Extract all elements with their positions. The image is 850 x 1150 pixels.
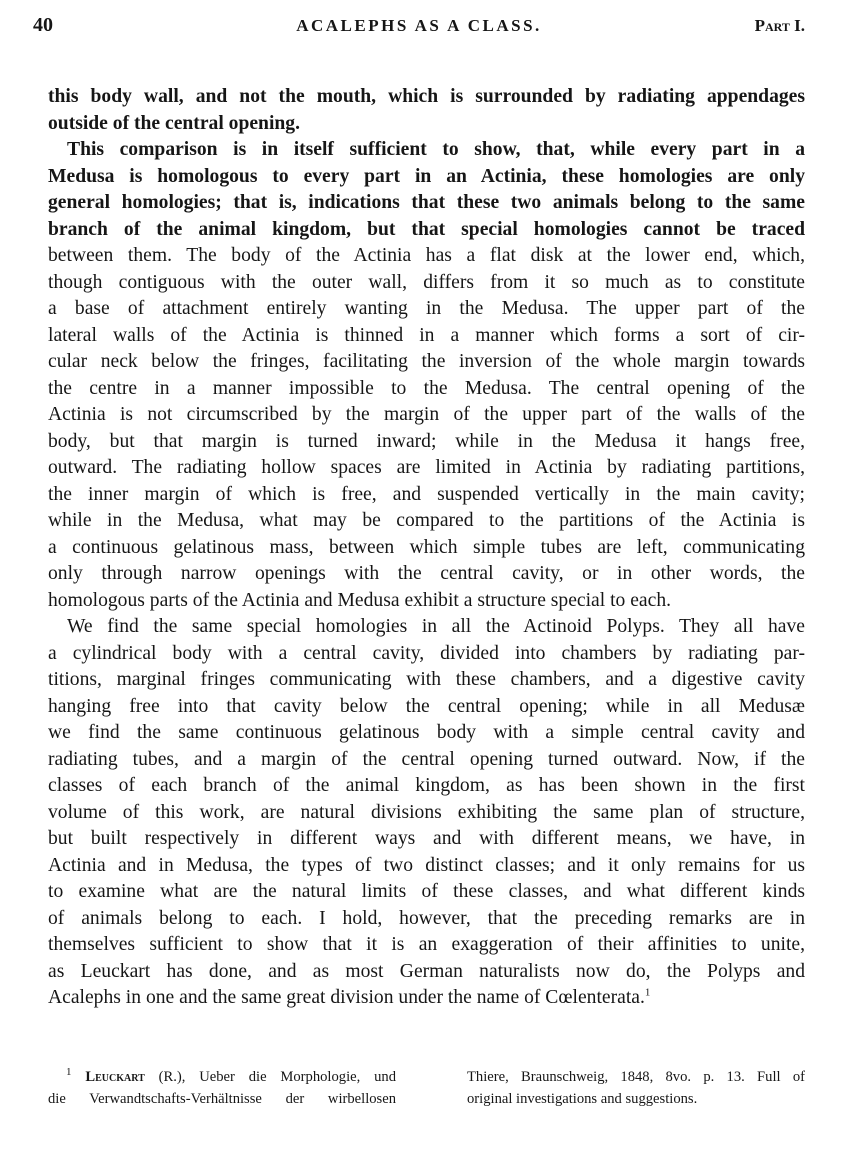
text-line: This comparison is in itself sufficient … bbox=[48, 137, 805, 164]
text-line: outward. The radiating hollow spaces are… bbox=[48, 455, 805, 482]
text-line-with-footnote: Acalephs in one and the same great divis… bbox=[48, 985, 805, 1012]
footnote-marker: 1 bbox=[66, 1066, 72, 1078]
body-text: this body wall, and not the mouth, which… bbox=[48, 84, 805, 1012]
text-line: hanging free into that cavity below the … bbox=[48, 694, 805, 721]
text-line: Medusa is homologous to every part in an… bbox=[48, 164, 805, 191]
text-line: general homologies; that is, indications… bbox=[48, 190, 805, 217]
text-line: Actinia is not circumscribed by the marg… bbox=[48, 402, 805, 429]
footnote-line: 1 Leuckart (R.), Ueber die Morphologie, … bbox=[48, 1066, 396, 1088]
text-line: lateral walls of the Actinia is thinned … bbox=[48, 323, 805, 350]
text-line: We find the same special homologies in a… bbox=[48, 614, 805, 641]
text-line: Acalephs in one and the same great divis… bbox=[48, 987, 645, 1008]
footnote-author: Leuckart bbox=[85, 1069, 144, 1085]
text-line: body, but that margin is turned inward; … bbox=[48, 429, 805, 456]
footnote-text: (R.), Ueber die Morphologie, und bbox=[145, 1069, 396, 1085]
footnote-right-column: Thiere, Braunschweig, 1848, 8vo. p. 13. … bbox=[467, 1066, 805, 1110]
text-line: Actinia and in Medusa, the types of two … bbox=[48, 853, 805, 880]
text-line: classes of each branch of the animal kin… bbox=[48, 773, 805, 800]
text-line: radiating tubes, and a margin of the cen… bbox=[48, 747, 805, 774]
running-title: ACALEPHS AS A CLASS. bbox=[33, 16, 805, 36]
text-line: between them. The body of the Actinia ha… bbox=[48, 243, 805, 270]
text-line: themselves sufficient to show that it is… bbox=[48, 932, 805, 959]
text-line: a base of attachment entirely wanting in… bbox=[48, 296, 805, 323]
text-line: of animals belong to each. I hold, howev… bbox=[48, 906, 805, 933]
footnote-reference[interactable]: 1 bbox=[645, 986, 651, 998]
text-line: as Leuckart has done, and as most German… bbox=[48, 959, 805, 986]
text-line: the inner margin of which is free, and s… bbox=[48, 482, 805, 509]
text-line: this body wall, and not the mouth, which… bbox=[48, 84, 805, 111]
text-line: a cylindrical body with a central cavity… bbox=[48, 641, 805, 668]
footnote-left-column: 1 Leuckart (R.), Ueber die Morphologie, … bbox=[48, 1066, 396, 1110]
text-line: homologous parts of the Actinia and Medu… bbox=[48, 588, 805, 615]
footnote: 1 Leuckart (R.), Ueber die Morphologie, … bbox=[48, 1066, 805, 1110]
text-line: while in the Medusa, what may be compare… bbox=[48, 508, 805, 535]
text-line: the centre in a manner impossible to the… bbox=[48, 376, 805, 403]
text-line: outside of the central opening. bbox=[48, 111, 805, 138]
footnote-line: original investigations and suggestions. bbox=[467, 1088, 805, 1110]
footnote-line: Thiere, Braunschweig, 1848, 8vo. p. 13. … bbox=[467, 1066, 805, 1088]
text-line: but built respectively in different ways… bbox=[48, 826, 805, 853]
text-line: only through narrow openings with the ce… bbox=[48, 561, 805, 588]
text-line: volume of this work, are natural divisio… bbox=[48, 800, 805, 827]
text-line: though contiguous with the outer wall, d… bbox=[48, 270, 805, 297]
text-line: to examine what are the natural limits o… bbox=[48, 879, 805, 906]
page-header: 40 ACALEPHS AS A CLASS. Part I. bbox=[33, 14, 805, 44]
text-line: we find the same continuous gelatinous b… bbox=[48, 720, 805, 747]
text-line: branch of the animal kingdom, but that s… bbox=[48, 217, 805, 244]
part-label: Part I. bbox=[755, 16, 805, 36]
text-line: titions, marginal fringes communicating … bbox=[48, 667, 805, 694]
text-line: a continuous gelatinous mass, between wh… bbox=[48, 535, 805, 562]
footnote-line: die Verwandtschafts-Verhältnisse der wir… bbox=[48, 1088, 396, 1110]
text-line: cular neck below the fringes, facilitati… bbox=[48, 349, 805, 376]
